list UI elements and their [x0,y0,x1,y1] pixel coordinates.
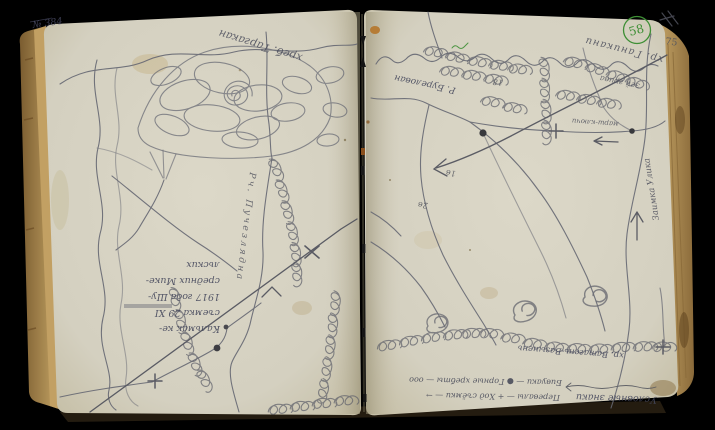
stitch-icon [363,394,367,402]
point-number-c: 2в [417,200,429,210]
page-number: 75 [665,36,679,49]
bivouac-dot-icon [479,129,486,136]
note-line: 1917 года Шу- [148,291,220,302]
notebook-photo: № 384 хреб. Таргакан Рч. Пучезлядна Каль… [0,0,715,430]
note-line: Кальмак ке- [159,323,221,334]
stitch-icon [362,244,366,253]
note-line: съемка 29 XI [155,307,220,318]
bivouac-dot-icon [214,345,221,352]
note-line: средних Мике- [146,275,220,286]
bivouac-dot-icon [629,128,635,134]
point-number-a: 18 [492,77,503,87]
bivouac-dot-icon [224,325,229,330]
point-number-b: 1в [445,168,456,178]
stitch-icon [361,166,365,175]
note-line: льских [186,259,220,270]
stitch-icon [361,148,365,155]
notebook-scan: № 384 хреб. Таргакан Рч. Пучезлядна Каль… [0,0,715,430]
stitch-icon [362,328,366,337]
gutter-shadow-right [366,12,400,414]
